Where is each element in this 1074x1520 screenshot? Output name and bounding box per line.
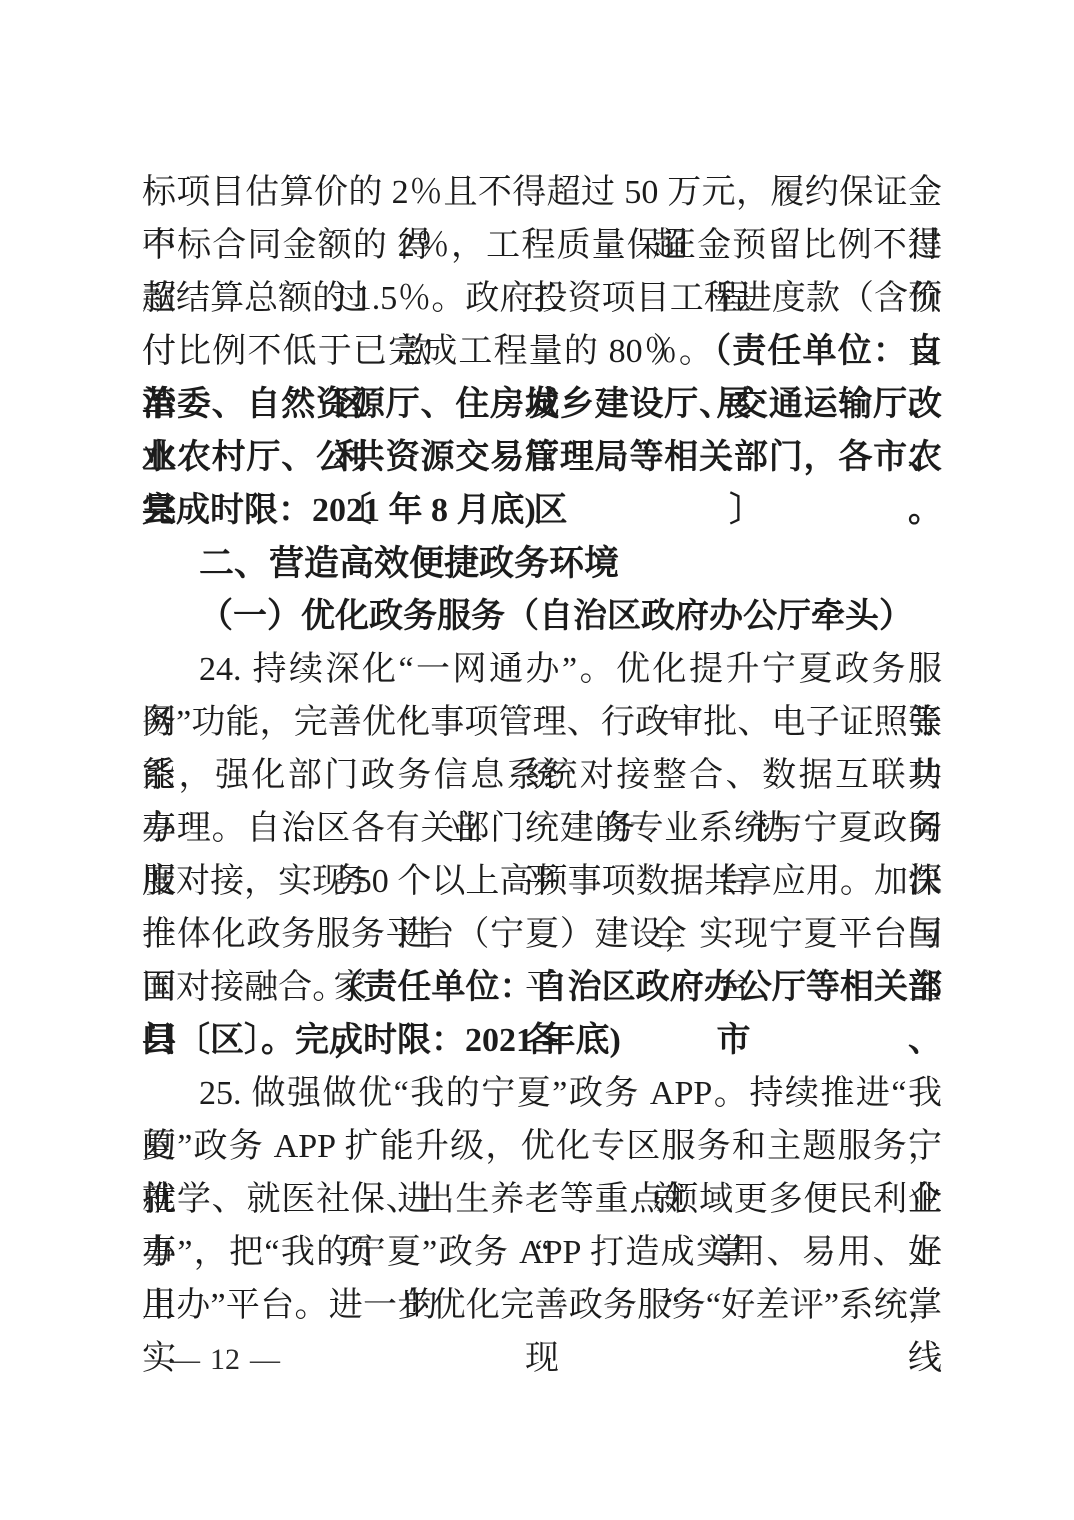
text-line: 标项目估算价的 2％且不得超过 50 万元，履约保证金不得超过 bbox=[142, 166, 942, 219]
text-line: 度对接，实现 50 个以上高频事项数据共享应用。加快推进全国 bbox=[142, 855, 942, 908]
text-line: 业农村厅、公共资源交易管理局等相关部门，各市、县〔区〕。 bbox=[142, 431, 942, 484]
text-line: 上办”平台。进一步优化完善政务服务“好差评”系统，实现线 bbox=[142, 1279, 942, 1332]
text-line: 款结算总额的 1.5％。政府投资项目工程进度款（含预付款）支 bbox=[142, 272, 942, 325]
text-line: 24. 持续深化“一网通办”。优化提升宁夏政务服务“一张 bbox=[142, 643, 942, 696]
text-segment: 付比例不低于已完成工程量的 80％。 bbox=[142, 333, 714, 370]
text-line: 办”，把“我的宁夏”政务 APP 打造成实用、易用、好用的“掌 bbox=[142, 1226, 942, 1279]
text-line: 面对接融合。（责任单位：自治区政府办公厅等相关部门，各市、 bbox=[142, 961, 942, 1014]
text-line: 网”功能，完善优化事项管理、行政审批、电子证照等系统功 bbox=[142, 696, 942, 749]
page-number-value: 12 bbox=[210, 1343, 240, 1376]
text-line: 付比例不低于已完成工程量的 80％。（责任单位：自治区发展改 bbox=[142, 325, 942, 378]
text-column: 标项目估算价的 2％且不得超过 50 万元，履约保证金不得超过中标合同金额的 2… bbox=[142, 166, 942, 1332]
text-line: 中标合同金额的 2％，工程质量保证金预留比例不得超过工程价 bbox=[142, 219, 942, 272]
text-line: 一体化政务服务平台（宁夏）建设，实现宁夏平台与国家平台全 bbox=[142, 908, 942, 961]
text-line: 夏”政务 APP 扩能升级，优化专区服务和主题服务，推进就业 bbox=[142, 1120, 942, 1173]
text-segment: 二、营造高效便捷政务环境 bbox=[199, 544, 619, 583]
page-number-dash-left: — bbox=[160, 1343, 210, 1376]
document-page: 标项目估算价的 2％且不得超过 50 万元，履约保证金不得超过中标合同金额的 2… bbox=[0, 0, 1074, 1520]
text-line: 办理。自治区各有关部门统建的专业系统与宁夏政务服务平台深 bbox=[142, 802, 942, 855]
text-line: 能，强化部门政务信息系统对接整合、数据互联共享、业务协同 bbox=[142, 749, 942, 802]
text-segment: （一）优化政务服务（自治区政府办公厅牵头） bbox=[199, 598, 913, 635]
text-line: 革委、自然资源厅、住房城乡建设厅、交通运输厅、水利厅、农 bbox=[142, 378, 942, 431]
text-segment: 完成时限：2021 年 8 月底) bbox=[142, 492, 536, 529]
page-number: —12— bbox=[160, 1342, 290, 1378]
text-line: 25. 做强做优“我的宁夏”政务 APP。持续推进“我的宁 bbox=[142, 1067, 942, 1120]
section-heading: 二、营造高效便捷政务环境 bbox=[142, 537, 942, 590]
text-line: 就学、就医社保、出生养老等重点领域更多便民利企事项“掌上 bbox=[142, 1173, 942, 1226]
text-segment: 县〔区〕。完成时限：2021 年底) bbox=[142, 1022, 621, 1059]
text-segment: 面对接融合。 bbox=[142, 969, 346, 1006]
page-number-dash-right: — bbox=[240, 1343, 290, 1376]
subsection-heading: （一）优化政务服务（自治区政府办公厅牵头） bbox=[142, 590, 942, 643]
